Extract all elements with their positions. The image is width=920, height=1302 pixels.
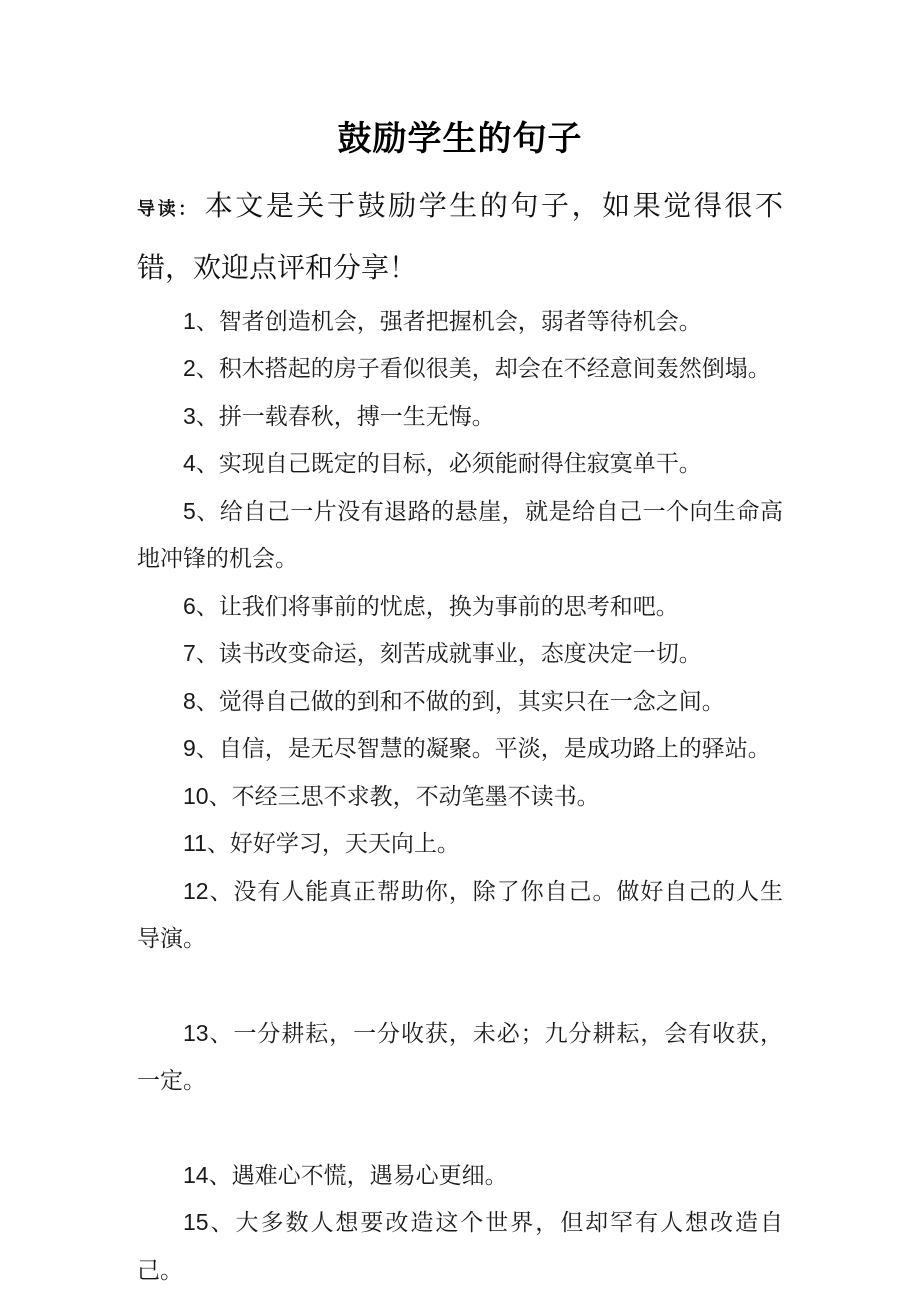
document-page: 鼓励学生的句子 导读：本文是关于鼓励学生的句子，如果觉得很不错，欢迎点评和分享！… bbox=[0, 0, 920, 1302]
list-item: 14、遇难心不慌，遇易心更细。 bbox=[137, 1152, 783, 1200]
list-item: 7、读书改变命运，刻苦成就事业，态度决定一切。 bbox=[137, 630, 783, 678]
sentence-list: 1、智者创造机会，强者把握机会，弱者等待机会。2、积木搭起的房子看似很美，却会在… bbox=[137, 298, 783, 1295]
page-title: 鼓励学生的句子 bbox=[137, 118, 783, 161]
list-item: 8、觉得自己做的到和不做的到，其实只在一念之间。 bbox=[137, 678, 783, 726]
list-item: 6、让我们将事前的忧虑，换为事前的思考和吧。 bbox=[137, 583, 783, 631]
intro-paragraph: 导读：本文是关于鼓励学生的句子，如果觉得很不错，欢迎点评和分享！ bbox=[137, 177, 783, 298]
list-item: 3、拼一载春秋，搏一生无悔。 bbox=[137, 393, 783, 441]
list-item: 11、好好学习，天天向上。 bbox=[137, 820, 783, 868]
list-item: 10、不经三思不求教，不动笔墨不读书。 bbox=[137, 773, 783, 821]
list-item: 9、自信，是无尽智慧的凝聚。平淡，是成功路上的驿站。 bbox=[137, 725, 783, 773]
intro-text: 本文是关于鼓励学生的句子，如果觉得很不错，欢迎点评和分享！ bbox=[137, 191, 783, 284]
list-item: 13、一分耕耘，一分收获，未必；九分耕耘，会有收获，一定。 bbox=[137, 1010, 783, 1105]
list-item: 15、大多数人想要改造这个世界，但却罕有人想改造自己。 bbox=[137, 1199, 783, 1294]
list-item: 5、给自己一片没有退路的悬崖，就是给自己一个向生命高地冲锋的机会。 bbox=[137, 488, 783, 583]
intro-label: 导读： bbox=[137, 199, 205, 219]
list-item: 12、没有人能真正帮助你，除了你自己。做好自己的人生导演。 bbox=[137, 868, 783, 963]
list-item: 1、智者创造机会，强者把握机会，弱者等待机会。 bbox=[137, 298, 783, 346]
list-item: 4、实现自己既定的目标，必须能耐得住寂寞单干。 bbox=[137, 440, 783, 488]
list-item: 2、积木搭起的房子看似很美，却会在不经意间轰然倒塌。 bbox=[137, 345, 783, 393]
